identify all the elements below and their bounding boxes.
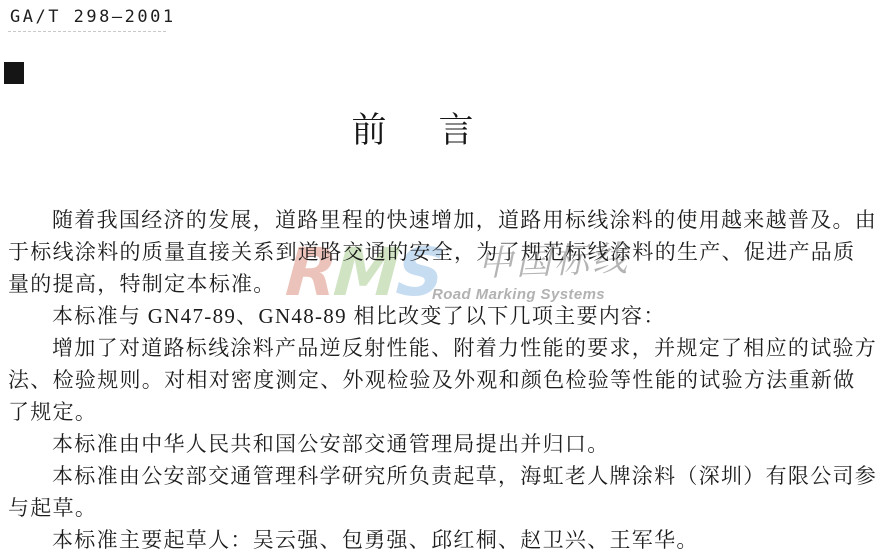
body-line: 于标线涂料的质量直接关系到道路交通的安全，为了规范标线涂料的生产、促进产品质 <box>8 236 879 268</box>
body-line: 了规定。 <box>8 396 879 428</box>
body-line: 增加了对道路标线涂料产品逆反射性能、附着力性能的要求，并规定了相应的试验方 <box>8 332 879 364</box>
body-text: 随着我国经济的发展，道路里程的快速增加，道路用标线涂料的使用越来越普及。由于标线… <box>8 204 879 556</box>
body-line: 本标准由公安部交通管理科学研究所负责起草，海虹老人牌涂料（深圳）有限公司参 <box>8 460 879 492</box>
body-line: 本标准与 GN47-89、GN48-89 相比改变了以下几项主要内容： <box>8 300 879 332</box>
standard-code: GA/T 298—2001 <box>10 7 176 27</box>
body-line: 法、检验规则。对相对密度测定、外观检验及外观和颜色检验等性能的试验方法重新做 <box>8 364 879 396</box>
body-line: 本标准由中华人民共和国公安部交通管理局提出并归口。 <box>8 428 879 460</box>
body-line: 随着我国经济的发展，道路里程的快速增加，道路用标线涂料的使用越来越普及。由 <box>8 204 879 236</box>
header-rule <box>8 31 166 32</box>
title-char-2: 言 <box>439 111 474 150</box>
document-page: GA/T 298—2001 前言 RMS 中国标线 Road Marking S… <box>0 0 885 560</box>
body-line: 与起草。 <box>8 492 879 524</box>
scan-margin-mark <box>4 62 24 84</box>
title-char-1: 前 <box>351 111 386 150</box>
body-line: 量的提高，特制定本标准。 <box>8 268 879 300</box>
page-title: 前言 <box>0 103 855 153</box>
body-line: 本标准主要起草人：吴云强、包勇强、邱红桐、赵卫兴、王军华。 <box>8 524 879 556</box>
